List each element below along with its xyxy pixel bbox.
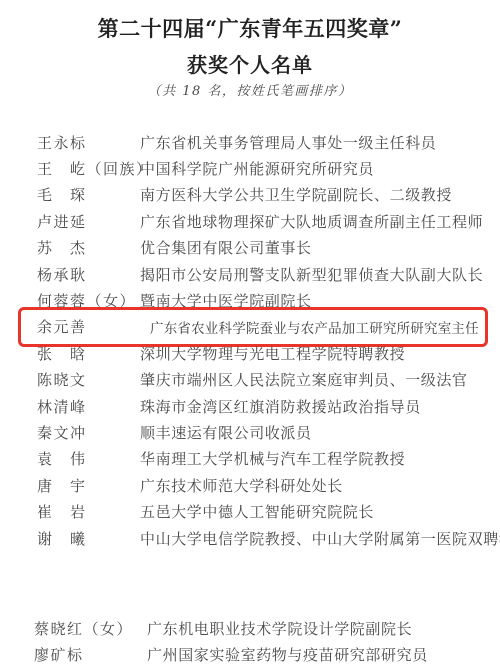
- awardee-name: 蔡晓红（女）: [34, 618, 147, 639]
- awardee-position: 广州国家实验室药物与疫苗研究部研究员: [147, 644, 488, 665]
- awardee-position: 五邑大学中德人工智能研究院院长: [140, 501, 488, 522]
- sorting-note: （共 18 名，按姓氏笔画排序）: [0, 84, 500, 100]
- awardee-position: 暨南大学中医学院副院长: [140, 290, 488, 311]
- awardee-name: 谢 曦: [37, 528, 140, 549]
- awardee-position: 顺丰速运有限公司收派员: [140, 422, 488, 443]
- page-subtitle: 获奖个人名单: [0, 53, 500, 77]
- awardee-position: 深圳大学物理与光电工程学院特聘教授: [140, 343, 488, 364]
- awardee-position: 华南理工大学机械与汽车工程学院教授: [140, 448, 488, 469]
- awardee-name: 卢进延: [37, 211, 140, 232]
- awardee-name: 唐 宇: [37, 475, 140, 496]
- award-row: 王永标 广东省机关事务管理局人事处一级主任科员: [37, 129, 488, 155]
- awardee-position: 珠海市金湾区红旗消防救援站政治指导员: [140, 396, 488, 417]
- awardee-name: 王 屹（回族）: [37, 158, 140, 179]
- award-row: 余元善 广东省农业科学院蚕业与农产品加工研究所研究室主任: [37, 314, 488, 340]
- awardee-position: 广东技术师范大学科研处处长: [140, 475, 488, 496]
- awardee-list: 王永标 广东省机关事务管理局人事处一级主任科员 王 屹（回族） 中国科学院广州能…: [0, 129, 500, 551]
- awardee-position: 广东省地球物理探矿大队地质调查所副主任工程师: [140, 211, 488, 232]
- award-row: 蔡晓红（女） 广东机电职业技术学院设计学院副院长: [34, 615, 488, 641]
- award-row: 毛 琛 南方医科大学公共卫生学院副院长、二级教授: [37, 182, 488, 208]
- award-row: 秦文冲 顺丰速运有限公司收派员: [37, 419, 488, 445]
- award-row: 卢进延 广东省地球物理探矿大队地质调查所副主任工程师: [37, 208, 488, 234]
- awardee-name: 余元善: [37, 316, 140, 337]
- awardee-list-continued: 蔡晓红（女） 广东机电职业技术学院设计学院副院长 廖矿标 广州国家实验室药物与疫…: [0, 615, 500, 668]
- awardee-name: 廖矿标: [34, 644, 147, 665]
- awardee-name: 毛 琛: [37, 184, 140, 205]
- awardee-position: 广东省机关事务管理局人事处一级主任科员: [140, 132, 488, 153]
- award-row: 林清峰 珠海市金湾区红旗消防救援站政治指导员: [37, 393, 488, 419]
- awardee-name: 张 晗: [37, 343, 140, 364]
- award-row: 何蓉蓉（女） 暨南大学中医学院副院长: [37, 287, 488, 313]
- award-row: 廖矿标 广州国家实验室药物与疫苗研究部研究员: [34, 642, 488, 668]
- award-row: 王 屹（回族） 中国科学院广州能源研究所研究员: [37, 155, 488, 181]
- award-row: 苏 杰 优合集团有限公司董事长: [37, 235, 488, 261]
- awardee-name: 袁 伟: [37, 448, 140, 469]
- awardee-name: 何蓉蓉（女）: [37, 290, 140, 311]
- awardee-name: 崔 岩: [37, 501, 140, 522]
- awardee-position: 揭阳市公安局刑警支队新型犯罪侦查大队副大队长: [140, 264, 488, 285]
- award-row: 唐 宇 广东技术师范大学科研处处长: [37, 472, 488, 498]
- awardee-position: 优合集团有限公司董事长: [140, 237, 488, 258]
- award-row: 杨承耿 揭阳市公安局刑警支队新型犯罪侦查大队副大队长: [37, 261, 488, 287]
- awardee-position: 肇庆市端州区人民法院立案庭审判员、一级法官: [140, 369, 488, 390]
- awardee-name: 苏 杰: [37, 237, 140, 258]
- awardee-name: 王永标: [37, 132, 140, 153]
- awardee-name: 林清峰: [37, 396, 140, 417]
- awardee-name: 陈晓文: [37, 369, 140, 390]
- document-page: 第二十四届“广东青年五四奖章” 获奖个人名单 （共 18 名，按姓氏笔画排序） …: [0, 0, 500, 670]
- awardee-position: 广东省农业科学院蚕业与农产品加工研究所研究室主任: [150, 317, 488, 337]
- award-row: 谢 曦 中山大学电信学院教授、中山大学附属第一医院双聘教授: [37, 525, 488, 551]
- page-title: 第二十四届“广东青年五四奖章”: [0, 0, 500, 42]
- awardee-position: 南方医科大学公共卫生学院副院长、二级教授: [140, 184, 488, 205]
- award-row: 袁 伟 华南理工大学机械与汽车工程学院教授: [37, 446, 488, 472]
- award-row: 张 晗 深圳大学物理与光电工程学院特聘教授: [37, 340, 488, 366]
- awardee-position: 广东机电职业技术学院设计学院副院长: [147, 618, 488, 639]
- awardee-position: 中山大学电信学院教授、中山大学附属第一医院双聘教授: [140, 528, 500, 549]
- awardee-position: 中国科学院广州能源研究所研究员: [140, 158, 488, 179]
- award-row: 崔 岩 五邑大学中德人工智能研究院院长: [37, 498, 488, 524]
- awardee-name: 秦文冲: [37, 422, 140, 443]
- award-row: 陈晓文 肇庆市端州区人民法院立案庭审判员、一级法官: [37, 367, 488, 393]
- awardee-name: 杨承耿: [37, 264, 140, 285]
